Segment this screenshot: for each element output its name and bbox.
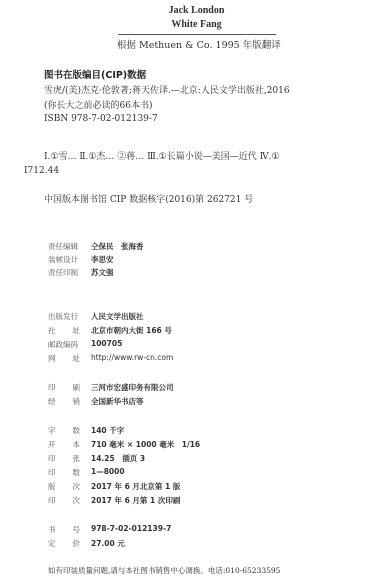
info-label-a: 社 [48, 325, 56, 336]
price-value: 27.00 元 [91, 538, 125, 549]
spec-value: 14.25 插页 3 [91, 453, 145, 464]
info-label-a: 书 [48, 524, 56, 535]
credit-value: 李思安 [91, 254, 114, 265]
spec-row-edition: 版次 2017 年 6 月北京第 1 版 [48, 481, 180, 492]
credit-label: 装帧设计 [48, 254, 91, 265]
author-name-en: Jack London [0, 5, 375, 16]
translation-source-note: 根据 Methuen & Co. 1995 年版翻译 [117, 37, 281, 51]
isbn-row: 书号 978-7-02-012139-7 [48, 524, 171, 535]
info-value: 全国新华书店等 [91, 396, 144, 407]
spec-label-a: 字 [48, 425, 56, 436]
cip-line-1: 雪虎/(美)杰克·伦敦著;蒋天佐译.—北京:人民文学出版社,2016 [44, 83, 290, 96]
spec-label-b: 本 [73, 439, 81, 450]
info-label: 出版发行 [48, 311, 91, 322]
spec-label-b: 数 [73, 425, 81, 436]
credit-row-editor: 责任编辑 仝保民 张海香 [48, 241, 144, 252]
spec-row-print-run: 印数 1—8000 [48, 467, 125, 478]
spec-row-word-count: 字数 140 千字 [48, 425, 124, 436]
info-label-a: 印 [48, 382, 56, 393]
info-label-b: 价 [73, 538, 81, 549]
spec-label-a: 版 [48, 481, 56, 492]
info-value: 三河市宏盛印务有限公司 [91, 382, 174, 393]
spec-label-b: 数 [73, 467, 81, 478]
quality-notice: 如有印装质量问题,请与本社图书销售中心调换。电话:010-65233595 [48, 565, 280, 576]
spec-label-a: 印 [48, 453, 56, 464]
credit-label: 责任编辑 [48, 241, 91, 252]
price-row: 定价 27.00 元 [48, 538, 125, 549]
spec-label-b: 张 [73, 453, 81, 464]
spec-value: 2017 年 6 月北京第 1 版 [91, 481, 180, 492]
info-label-b: 址 [73, 325, 81, 336]
publisher-row: 出版发行 人民文学出版社 [48, 311, 144, 322]
info-label-a: 定 [48, 538, 56, 549]
credit-label: 责任印制 [48, 267, 91, 278]
credit-row-design: 装帧设计 李思安 [48, 254, 114, 265]
info-label: 邮政编码 [48, 339, 91, 350]
spec-row-sheets: 印张 14.25 插页 3 [48, 453, 145, 464]
spec-label-a: 开 [48, 439, 56, 450]
website-row: 网址 http://www.rw-cn.com [48, 353, 173, 364]
cip-heading: 图书在版编目(CIP)数据 [44, 67, 146, 81]
spec-value: 710 毫米 × 1000 毫米 1/16 [91, 439, 200, 450]
info-label-b: 址 [73, 353, 81, 364]
cip-line-2: (你长大之前必读的66本书) [44, 98, 152, 111]
credit-value: 仝保民 张海香 [91, 241, 144, 252]
isbn-value: 978-7-02-012139-7 [91, 524, 171, 535]
spec-label-b: 次 [73, 495, 81, 506]
postcode-row: 邮政编码 100705 [48, 339, 122, 350]
cip-classification: Ⅰ.①雪… Ⅱ.①杰… ②蒋… Ⅲ.①长篇小说—美国—近代 Ⅳ.① [44, 149, 280, 162]
spec-value: 140 千字 [91, 425, 124, 436]
cip-isbn: ISBN 978-7-02-012139-7 [44, 114, 158, 124]
info-value: 人民文学出版社 [91, 311, 144, 322]
info-value: 北京市朝内大街 166 号 [91, 325, 172, 336]
book-title-en: White Fang [0, 19, 375, 30]
cip-approval-number: 中国版本图书馆 CIP 数据核字(2016)第 262721 号 [44, 192, 253, 205]
spec-row-impression: 印次 2017 年 6 月第 1 次印刷 [48, 495, 180, 506]
spec-row-format: 开本 710 毫米 × 1000 毫米 1/16 [48, 439, 200, 450]
website-link: http://www.rw-cn.com [91, 353, 173, 364]
credit-row-print-manager: 责任印制 苏文强 [48, 267, 114, 278]
credit-value: 苏文强 [91, 267, 114, 278]
info-label-a: 经 [48, 396, 56, 407]
header-divider [118, 34, 276, 35]
cip-class-code: I712.44 [24, 166, 59, 176]
spec-value: 1—8000 [91, 467, 125, 478]
info-value: 100705 [91, 339, 122, 350]
spec-label-a: 印 [48, 467, 56, 478]
printer-row: 印刷 三河市宏盛印务有限公司 [48, 382, 174, 393]
info-label-b: 销 [73, 396, 81, 407]
info-label-a: 网 [48, 353, 56, 364]
info-label-b: 刷 [73, 382, 81, 393]
spec-label-a: 印 [48, 495, 56, 506]
distributor-row: 经销 全国新华书店等 [48, 396, 144, 407]
spec-value: 2017 年 6 月第 1 次印刷 [91, 495, 180, 506]
address-row: 社址 北京市朝内大街 166 号 [48, 325, 172, 336]
info-label-b: 号 [73, 524, 81, 535]
spec-label-b: 次 [73, 481, 81, 492]
